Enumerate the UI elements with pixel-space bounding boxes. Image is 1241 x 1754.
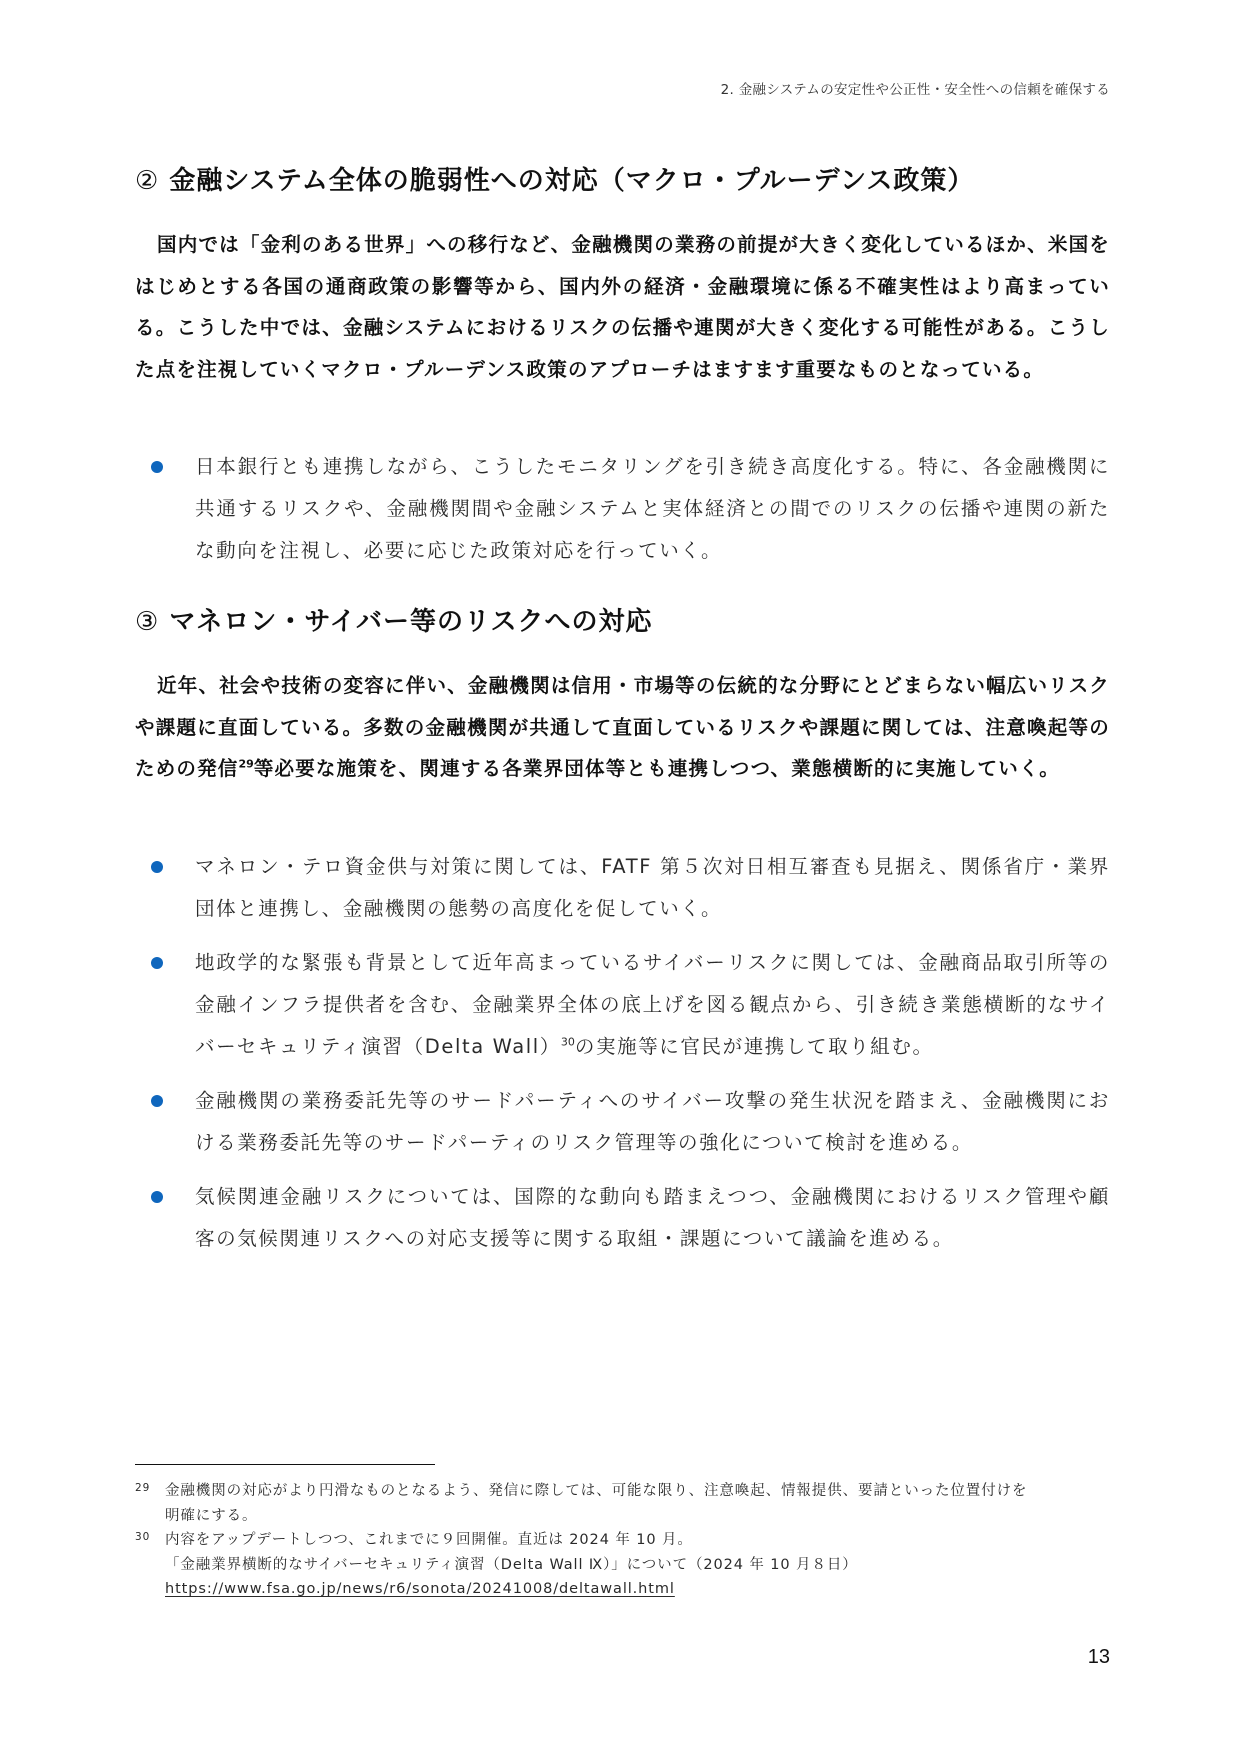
footnote-text: 内容をアップデートしつつ、これまでに９回開催。直近は 2024 年 10 月。 (165, 1528, 1110, 1553)
footnote-text: 明確にする。 (165, 1504, 1110, 1529)
bullet-item: 日本銀行とも連携しながら、こうしたモニタリングを引き続き高度化する。特に、各金融… (135, 446, 1110, 572)
footnote-29: 29 金融機関の対応がより円滑なものとなるよう、発信に際しては、可能な限り、注意… (135, 1479, 1110, 1528)
bullet-item: 金融機関の業務委託先等のサードパーティへのサイバー攻撃の発生状況を踏まえ、金融機… (135, 1080, 1110, 1164)
bullet-text: 金融機関の業務委託先等のサードパーティへのサイバー攻撃の発生状況を踏まえ、金融機… (195, 1089, 1110, 1154)
bullet-item: マネロン・テロ資金供与対策に関しては、FATF 第５次対日相互審査も見据え、関係… (135, 846, 1110, 930)
footnote-link[interactable]: https://www.fsa.go.jp/news/r6/sonota/202… (165, 1581, 675, 1597)
section-title: 金融システム全体の脆弱性への対応（マクロ・プルーデンス政策） (169, 166, 974, 196)
bullet-list: マネロン・テロ資金供与対策に関しては、FATF 第５次対日相互審査も見据え、関係… (135, 846, 1110, 1260)
bullet-dot-icon (151, 1191, 163, 1203)
bullet-text: 日本銀行とも連携しながら、こうしたモニタリングを引き続き高度化する。特に、各金融… (195, 455, 1110, 562)
section-lead-paragraph: 国内では「金利のある世界」への移行など、金融機関の業務の前提が大きく変化している… (135, 224, 1110, 390)
bullet-dot-icon (151, 957, 163, 969)
footnote-30: 30 内容をアップデートしつつ、これまでに９回開催。直近は 2024 年 10 … (135, 1528, 1110, 1602)
section-number: ③ (135, 607, 159, 637)
bullet-text: マネロン・テロ資金供与対策に関しては、FATF 第５次対日相互審査も見据え、関係… (195, 855, 1110, 920)
lead-text: 国内では「金利のある世界」への移行など、金融機関の業務の前提が大きく変化している… (135, 233, 1110, 381)
section-number: ② (135, 166, 159, 196)
section-lead-paragraph: 近年、社会や技術の変容に伴い、金融機関は信用・市場等の伝統的な分野にとどまらない… (135, 665, 1110, 790)
bullet-dot-icon (151, 1095, 163, 1107)
bullet-dot-icon (151, 861, 163, 873)
footnote-ref-29[interactable]: 29 (239, 758, 254, 771)
lead-text: 等必要な施策を、関連する各業界団体等とも連携しつつ、業態横断的に実施していく。 (254, 757, 1060, 780)
section-heading-3: ③マネロン・サイバー等のリスクへの対応 (135, 601, 1115, 638)
footnote-number: 30 (135, 1525, 150, 1550)
bullet-text: 気候関連金融リスクについては、国際的な動向も踏まえつつ、金融機関におけるリスク管… (195, 1185, 1110, 1250)
bullet-item: 気候関連金融リスクについては、国際的な動向も踏まえつつ、金融機関におけるリスク管… (135, 1176, 1110, 1260)
bullet-text: の実施等に官民が連携して取り組む。 (575, 1035, 934, 1058)
bullet-list: 日本銀行とも連携しながら、こうしたモニタリングを引き続き高度化する。特に、各金融… (135, 446, 1110, 572)
footnote-text: 「金融業界横断的なサイバーセキュリティ演習（Delta Wall Ⅸ）」について… (165, 1553, 1110, 1578)
running-header: 2. 金融システムの安定性や公正性・安全性への信頼を確保する (721, 78, 1110, 98)
section-title: マネロン・サイバー等のリスクへの対応 (169, 607, 652, 637)
page-number: 13 (1088, 1646, 1110, 1669)
bullet-item: 地政学的な緊張も背景として近年高まっているサイバーリスクに関しては、金融商品取引… (135, 942, 1110, 1068)
bullet-dot-icon (151, 461, 163, 473)
section-heading-2: ②金融システム全体の脆弱性への対応（マクロ・プルーデンス政策） (135, 160, 1115, 197)
footnote-number: 29 (135, 1476, 150, 1501)
footnote-text: 金融機関の対応がより円滑なものとなるよう、発信に際しては、可能な限り、注意喚起、… (165, 1479, 1110, 1504)
footnote-divider (135, 1464, 435, 1465)
footnotes: 29 金融機関の対応がより円滑なものとなるよう、発信に際しては、可能な限り、注意… (135, 1479, 1110, 1602)
footnote-ref-30[interactable]: 30 (561, 1036, 575, 1049)
